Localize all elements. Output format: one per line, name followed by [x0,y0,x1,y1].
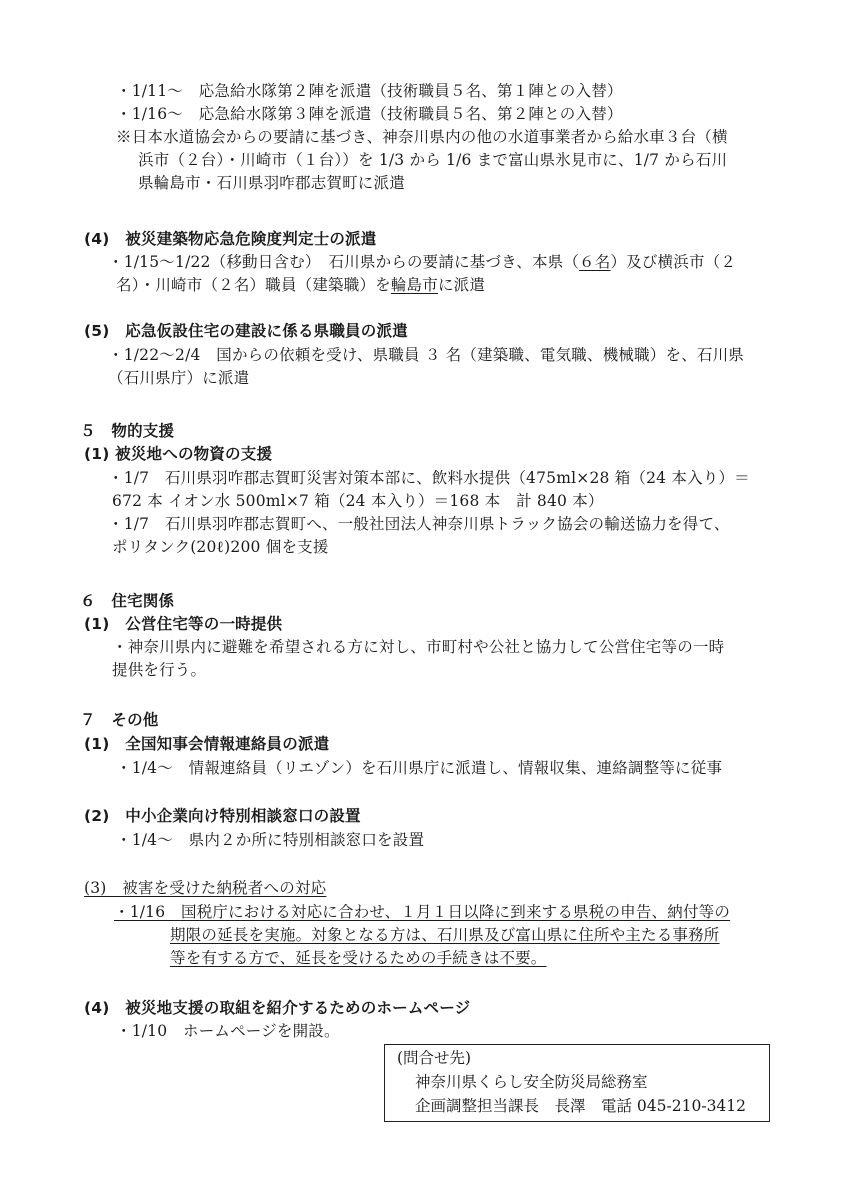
section-4-4-line-1-post: ）及び横浜市（２ [610,253,736,271]
section-7-1-line: ・1/4～ 情報連絡員（リエゾン）を石川県庁に派遣し、情報収集、連絡調整等に従事 [116,757,722,779]
section-7-3-line-1: ・1/16 国税庁における対応に合わせ、１月１日以降に到来する県税の申告、納付等… [114,901,730,923]
contact-box: (問合せ先) 神奈川県くらし安全防災局総務室 企画調整担当課長 長澤 電話 04… [384,1044,770,1122]
section-5-1-heading: (1) 被災地への物資の支援 [84,443,272,465]
section-5-1-line-1: ・1/7 石川県羽咋郡志賀町災害対策本部に、飲料水提供（475ml×28 箱（2… [108,467,750,489]
contact-person-phone: 企画調整担当課長 長澤 電話 045-210-3412 [415,1095,746,1117]
section-7-3-heading: (3) 被害を受けた納税者への対応 [84,877,326,899]
section-6-heading: ６ 住宅関係 [80,590,174,612]
section-4-4-line-2: 名）・川崎市（２名）職員（建築職）を輪島市に派遣 [116,274,485,296]
section-4-4-line-1: ・1/15～1/22（移動日含む） 石川県からの要請に基づき、本県（６名）及び横… [108,251,736,273]
section-7-1-heading: (1) 全国知事会情報連絡員の派遣 [84,733,329,755]
section-4-4-line-1-pre: ・1/15～1/22（移動日含む） 石川県からの要請に基づき、本県（ [108,253,579,271]
water-supply-item-2: ・1/16～ 応急給水隊第３陣を派遣（技術職員５名、第２陣との入替） [116,103,623,125]
section-7-2-heading: (2) 中小企業向け特別相談窓口の設置 [84,805,361,827]
section-4-4-underlined-count: ６名 [579,253,610,271]
section-4-5-line-2: （石川県庁）に派遣 [108,367,249,389]
water-supply-item-1: ・1/11～ 応急給水隊第２陣を派遣（技術職員５名、第１陣との入替） [116,80,623,102]
section-4-4-underlined-city: 輪島市 [391,276,438,294]
section-7-2-line: ・1/4～ 県内２か所に特別相談窓口を設置 [116,829,424,851]
section-4-4-heading: (4) 被災建築物応急危険度判定士の派遣 [84,228,376,250]
section-7-3-line-3: 等を有する方で、延長を受けるための手続きは不要。 [170,947,547,969]
section-4-4-line-2-post: に派遣 [438,276,485,294]
section-5-1-line-2: 672 本 イオン水 500ml×7 箱（24 本入り）＝168 本 計 840… [112,490,604,512]
water-supply-note-line-2: 浜市（２台）・川崎市（１台））を 1/3 から 1/6 まで富山県氷見市に、1/… [138,149,727,171]
section-7-3-line-2: 期限の延長を実施。対象となる方は、石川県及び富山県に住所や主たる事務所 [170,924,720,946]
section-7-4-line: ・1/10 ホームページを開設。 [116,1020,340,1042]
contact-title: (問合せ先) [397,1047,471,1069]
section-5-1-line-4: ポリタンク(20ℓ)200 個を支援 [112,536,329,558]
section-4-5-heading: (5) 応急仮設住宅の建設に係る県職員の派遣 [84,320,408,342]
section-6-1-heading: (1) 公営住宅等の一時提供 [84,613,282,635]
water-supply-note-line-1: ※日本水道協会からの要請に基づき、神奈川県内の他の水道事業者から給水車３台（横 [116,126,728,148]
contact-organization: 神奈川県くらし安全防災局総務室 [415,1071,648,1093]
section-6-1-line-2: 提供を行う。 [112,659,206,681]
section-7-heading: ７ その他 [80,709,159,731]
section-7-4-heading: (4) 被災地支援の取組を紹介するためのホームページ [84,997,470,1019]
water-supply-note-line-3: 県輪島市・石川県羽咋郡志賀町に派遣 [138,172,405,194]
section-5-heading: ５ 物的支援 [80,420,174,442]
section-4-5-line-1: ・1/22～2/4 国からの依頼を受け、県職員 ３ 名（建築職、電気職、機械職）… [108,344,744,366]
section-6-1-line-1: ・神奈川県内に避難を希望される方に対し、市町村や公社と協力して公営住宅等の一時 [112,636,724,658]
section-4-4-line-2-pre: 名）・川崎市（２名）職員（建築職）を [116,276,391,294]
section-5-1-line-3: ・1/7 石川県羽咋郡志賀町へ、一般社団法人神奈川県トラック協会の輸送協力を得て… [108,513,730,535]
